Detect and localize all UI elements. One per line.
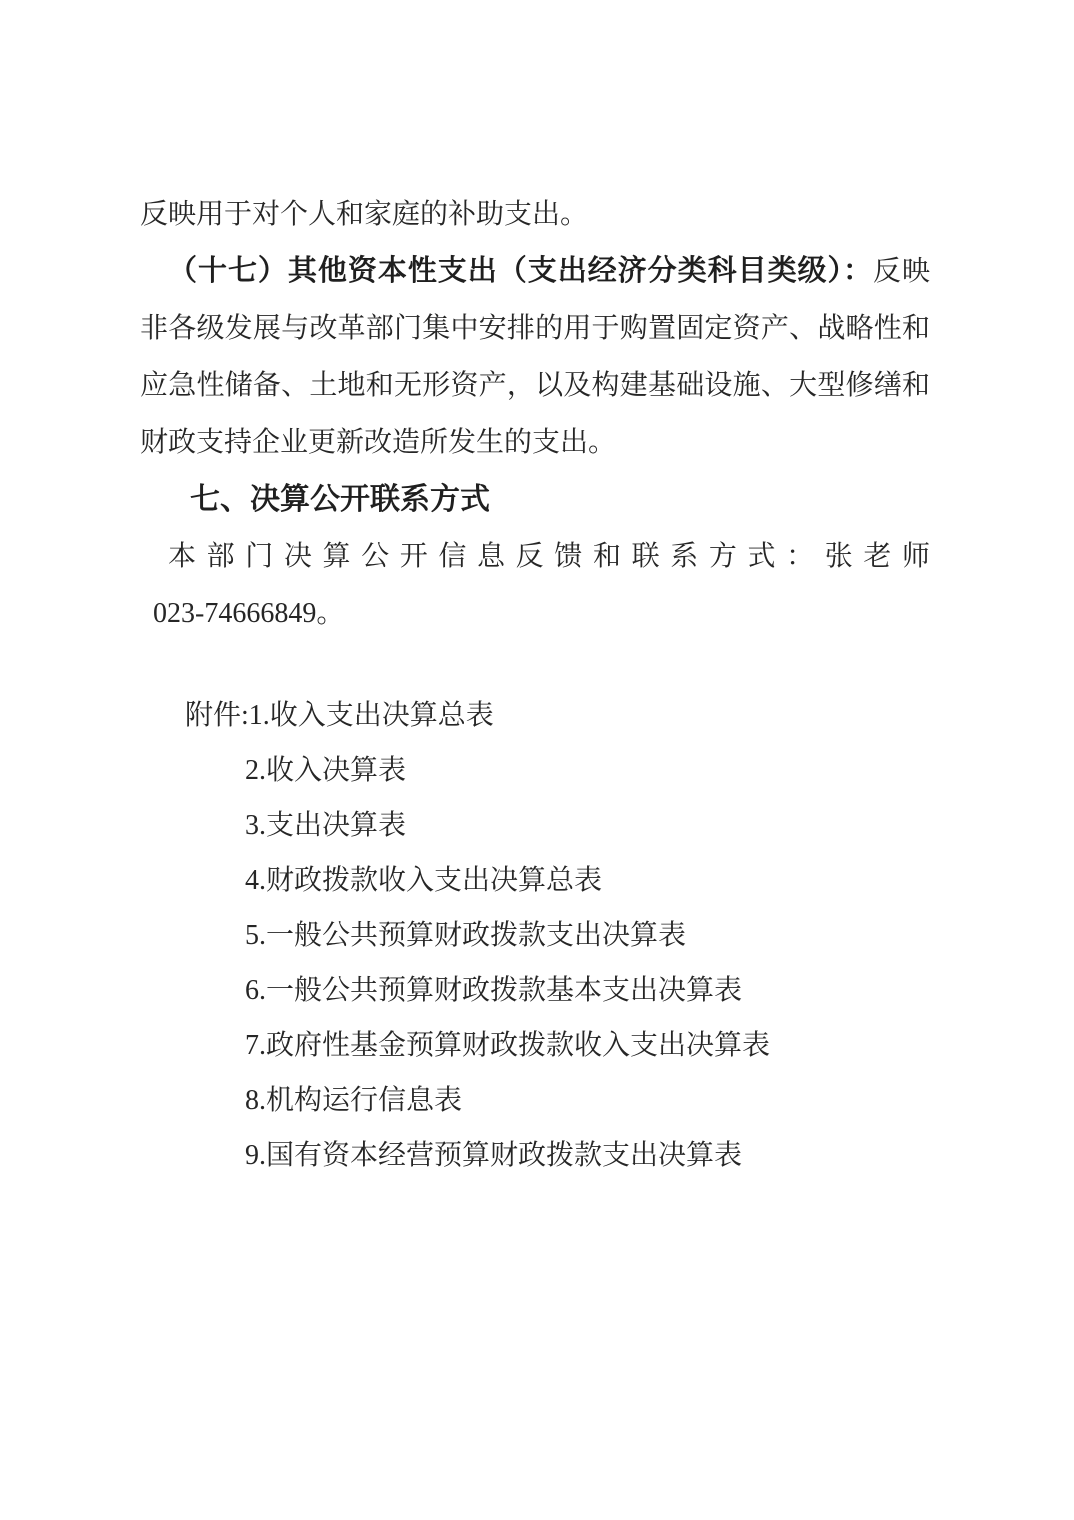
- item17-line4: 财政支持企业更新改造所发生的支出。: [140, 414, 930, 471]
- contact-phone-line: 023-74666849。: [140, 585, 930, 642]
- item17-line3: 应急性储备、土地和无形资产，以及构建基础设施、大型修缮和: [140, 357, 930, 414]
- blank-line: [140, 642, 930, 688]
- attachment-item-1: 1.收入支出决算总表: [249, 700, 494, 731]
- attachment-item-9: 9.国有资本经营预算财政拨款支出决算表: [140, 1128, 930, 1183]
- attachment-item-6: 6.一般公共预算财政拨款基本支出决算表: [140, 963, 930, 1018]
- item17-bold-label: （十七）其他资本性支出（支出经济分类科目类级）：: [168, 255, 873, 287]
- attachments-label: 附件:: [185, 700, 249, 731]
- document-page: 反映用于对个人和家庭的补助支出。 （十七）其他资本性支出（支出经济分类科目类级）…: [0, 0, 1074, 1520]
- attachment-item-7: 7.政府性基金预算财政拨款收入支出决算表: [140, 1018, 930, 1073]
- attachment-item-3: 3.支出决算表: [140, 798, 930, 853]
- item17-after-label: 反映: [873, 256, 930, 287]
- attachment-item-8: 8.机构运行信息表: [140, 1073, 930, 1128]
- attachment-item-2: 2.收入决算表: [140, 743, 930, 798]
- item17-line2: 非各级发展与改革部门集中安排的用于购置固定资产、战略性和: [140, 300, 930, 357]
- attachment-item-5: 5.一般公共预算财政拨款支出决算表: [140, 908, 930, 963]
- attachment-item-4: 4.财政拨款收入支出决算总表: [140, 853, 930, 908]
- item17-first-line: （十七）其他资本性支出（支出经济分类科目类级）：反映: [140, 243, 930, 300]
- section-heading: 七、决算公开联系方式: [140, 471, 930, 528]
- contact-line: 本部门决算公开信息反馈和联系方式：张老师: [140, 528, 930, 585]
- attachments-label-line: 附件:1.收入支出决算总表: [140, 688, 930, 743]
- paragraph-tail-line: 反映用于对个人和家庭的补助支出。: [140, 186, 930, 243]
